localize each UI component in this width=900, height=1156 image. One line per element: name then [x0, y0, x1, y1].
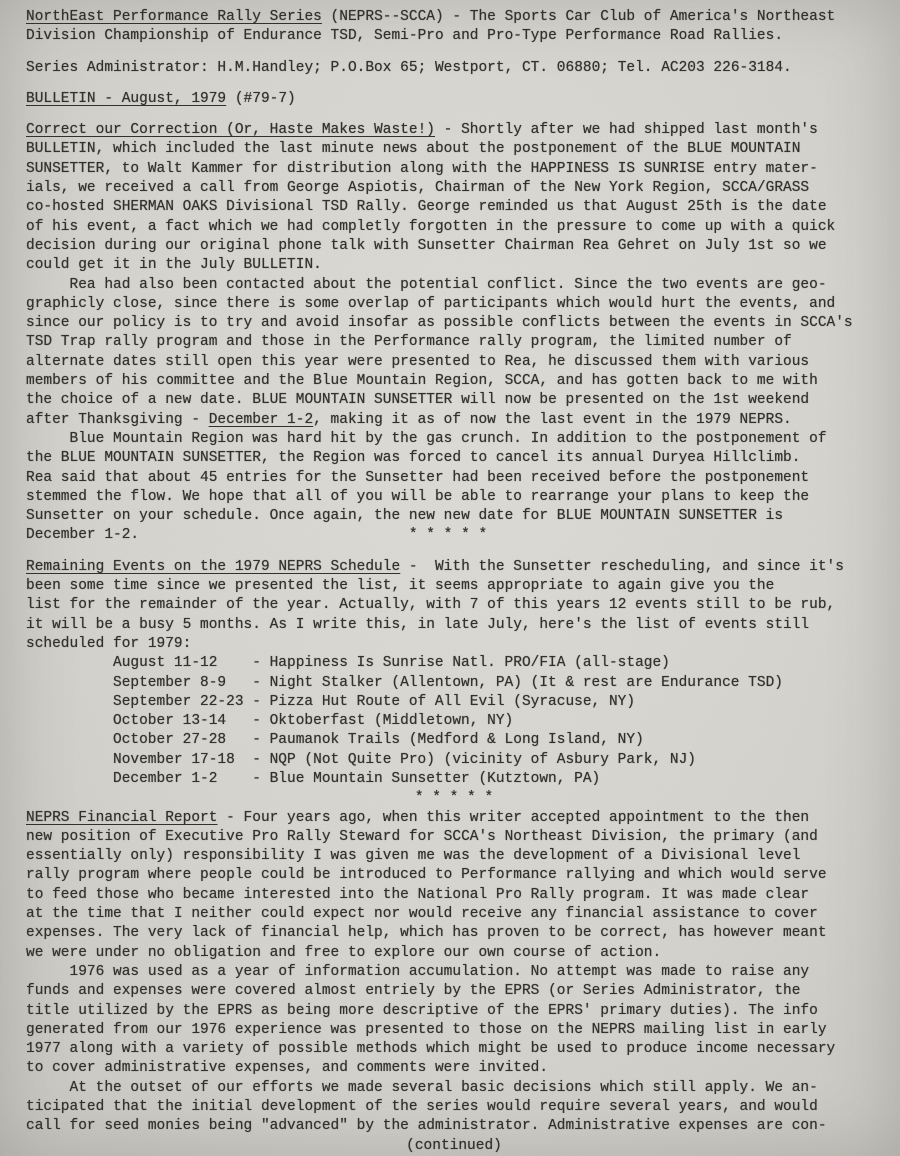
schedule-heading: Remaining Events on the 1979 NEPRS Sched…: [26, 559, 400, 575]
event-date: October 27-28: [113, 731, 252, 750]
asterisk-separator: * * * * *: [26, 789, 882, 808]
bulletin-heading: BULLETIN - August, 1979 (#79-7): [26, 90, 882, 109]
event-row: September 8-9-Night Stalker (Allentown, …: [26, 674, 882, 693]
event-name: NQP (Not Quite Pro) (vicinity of Asbury …: [270, 752, 696, 768]
event-row: September 22-23-Pizza Hut Route of All E…: [26, 693, 882, 712]
event-date: November 17-18: [113, 751, 252, 770]
event-dash: -: [252, 655, 261, 671]
event-dash: -: [252, 771, 261, 787]
bulletin-title: BULLETIN - August, 1979: [26, 91, 226, 107]
financial-paragraph-1: NEPRS Financial Report - Four years ago,…: [26, 809, 882, 963]
event-row: December 1-2-Blue Mountain Sunsetter (Ku…: [26, 770, 882, 789]
event-row: November 17-18-NQP (Not Quite Pro) (vici…: [26, 751, 882, 770]
bulletin-document: NorthEast Performance Rally Series (NEPR…: [26, 8, 882, 1156]
spacer: [26, 109, 882, 121]
event-dash: -: [252, 713, 261, 729]
event-row: October 27-28-Paumanok Trails (Medford &…: [26, 731, 882, 750]
correction-paragraph-2-end: , making it as of now the last event in …: [313, 412, 792, 428]
event-date: September 8-9: [113, 674, 252, 693]
correction-paragraph-1: Correct our Correction (Or, Haste Makes …: [26, 121, 882, 275]
correction-paragraph-2-text: Rea had also been contacted about the po…: [26, 277, 853, 428]
event-name: Paumanok Trails (Medford & Long Island, …: [270, 732, 644, 748]
document-page: NorthEast Performance Rally Series (NEPR…: [0, 0, 900, 1156]
series-title: NorthEast Performance Rally Series: [26, 9, 322, 25]
event-dash: -: [252, 675, 261, 691]
spacer: [26, 78, 882, 90]
correction-paragraph-1-text: - Shortly after we had shipped last mont…: [26, 122, 835, 273]
event-date: August 11-12: [113, 654, 252, 673]
event-name: Blue Mountain Sunsetter (Kutztown, PA): [270, 771, 601, 787]
new-date-underlined: December 1-2: [209, 412, 313, 428]
financial-paragraph-1-text: - Four years ago, when this writer accep…: [26, 810, 827, 961]
event-row: October 13-14-Oktoberfast (Middletown, N…: [26, 712, 882, 731]
spacer: [26, 546, 882, 558]
event-name: Pizza Hut Route of All Evil (Syracuse, N…: [270, 694, 635, 710]
event-dash: -: [252, 752, 261, 768]
spacer: [26, 47, 882, 59]
event-name: Happiness Is Sunrise Natl. PRO/FIA (all-…: [270, 655, 670, 671]
event-name: Oktoberfast (Middletown, NY): [270, 713, 514, 729]
event-dash: -: [252, 694, 261, 710]
financial-paragraph-3: At the outset of our efforts we made sev…: [26, 1079, 882, 1137]
event-dash: -: [252, 732, 261, 748]
correction-heading: Correct our Correction (Or, Haste Makes …: [26, 122, 435, 138]
bulletin-number: (#79-7): [226, 91, 296, 107]
schedule-intro: Remaining Events on the 1979 NEPRS Sched…: [26, 558, 882, 654]
continued-note: (continued): [26, 1137, 882, 1156]
event-date: September 22-23: [113, 693, 252, 712]
event-name: Night Stalker (Allentown, PA) (It & rest…: [270, 675, 783, 691]
event-date: December 1-2: [113, 770, 252, 789]
admin-contact-line: Series Administrator: H.M.Handley; P.O.B…: [26, 59, 882, 78]
financial-heading: NEPRS Financial Report: [26, 810, 217, 826]
correction-paragraph-3: Blue Mountain Region was hard hit by the…: [26, 430, 882, 546]
event-list: August 11-12-Happiness Is Sunrise Natl. …: [26, 654, 882, 789]
event-date: October 13-14: [113, 712, 252, 731]
asterisk-separator: * * * * *: [409, 527, 487, 543]
correction-paragraph-2: Rea had also been contacted about the po…: [26, 276, 882, 430]
financial-paragraph-2: 1976 was used as a year of information a…: [26, 963, 882, 1079]
event-row: August 11-12-Happiness Is Sunrise Natl. …: [26, 654, 882, 673]
series-header: NorthEast Performance Rally Series (NEPR…: [26, 8, 882, 47]
